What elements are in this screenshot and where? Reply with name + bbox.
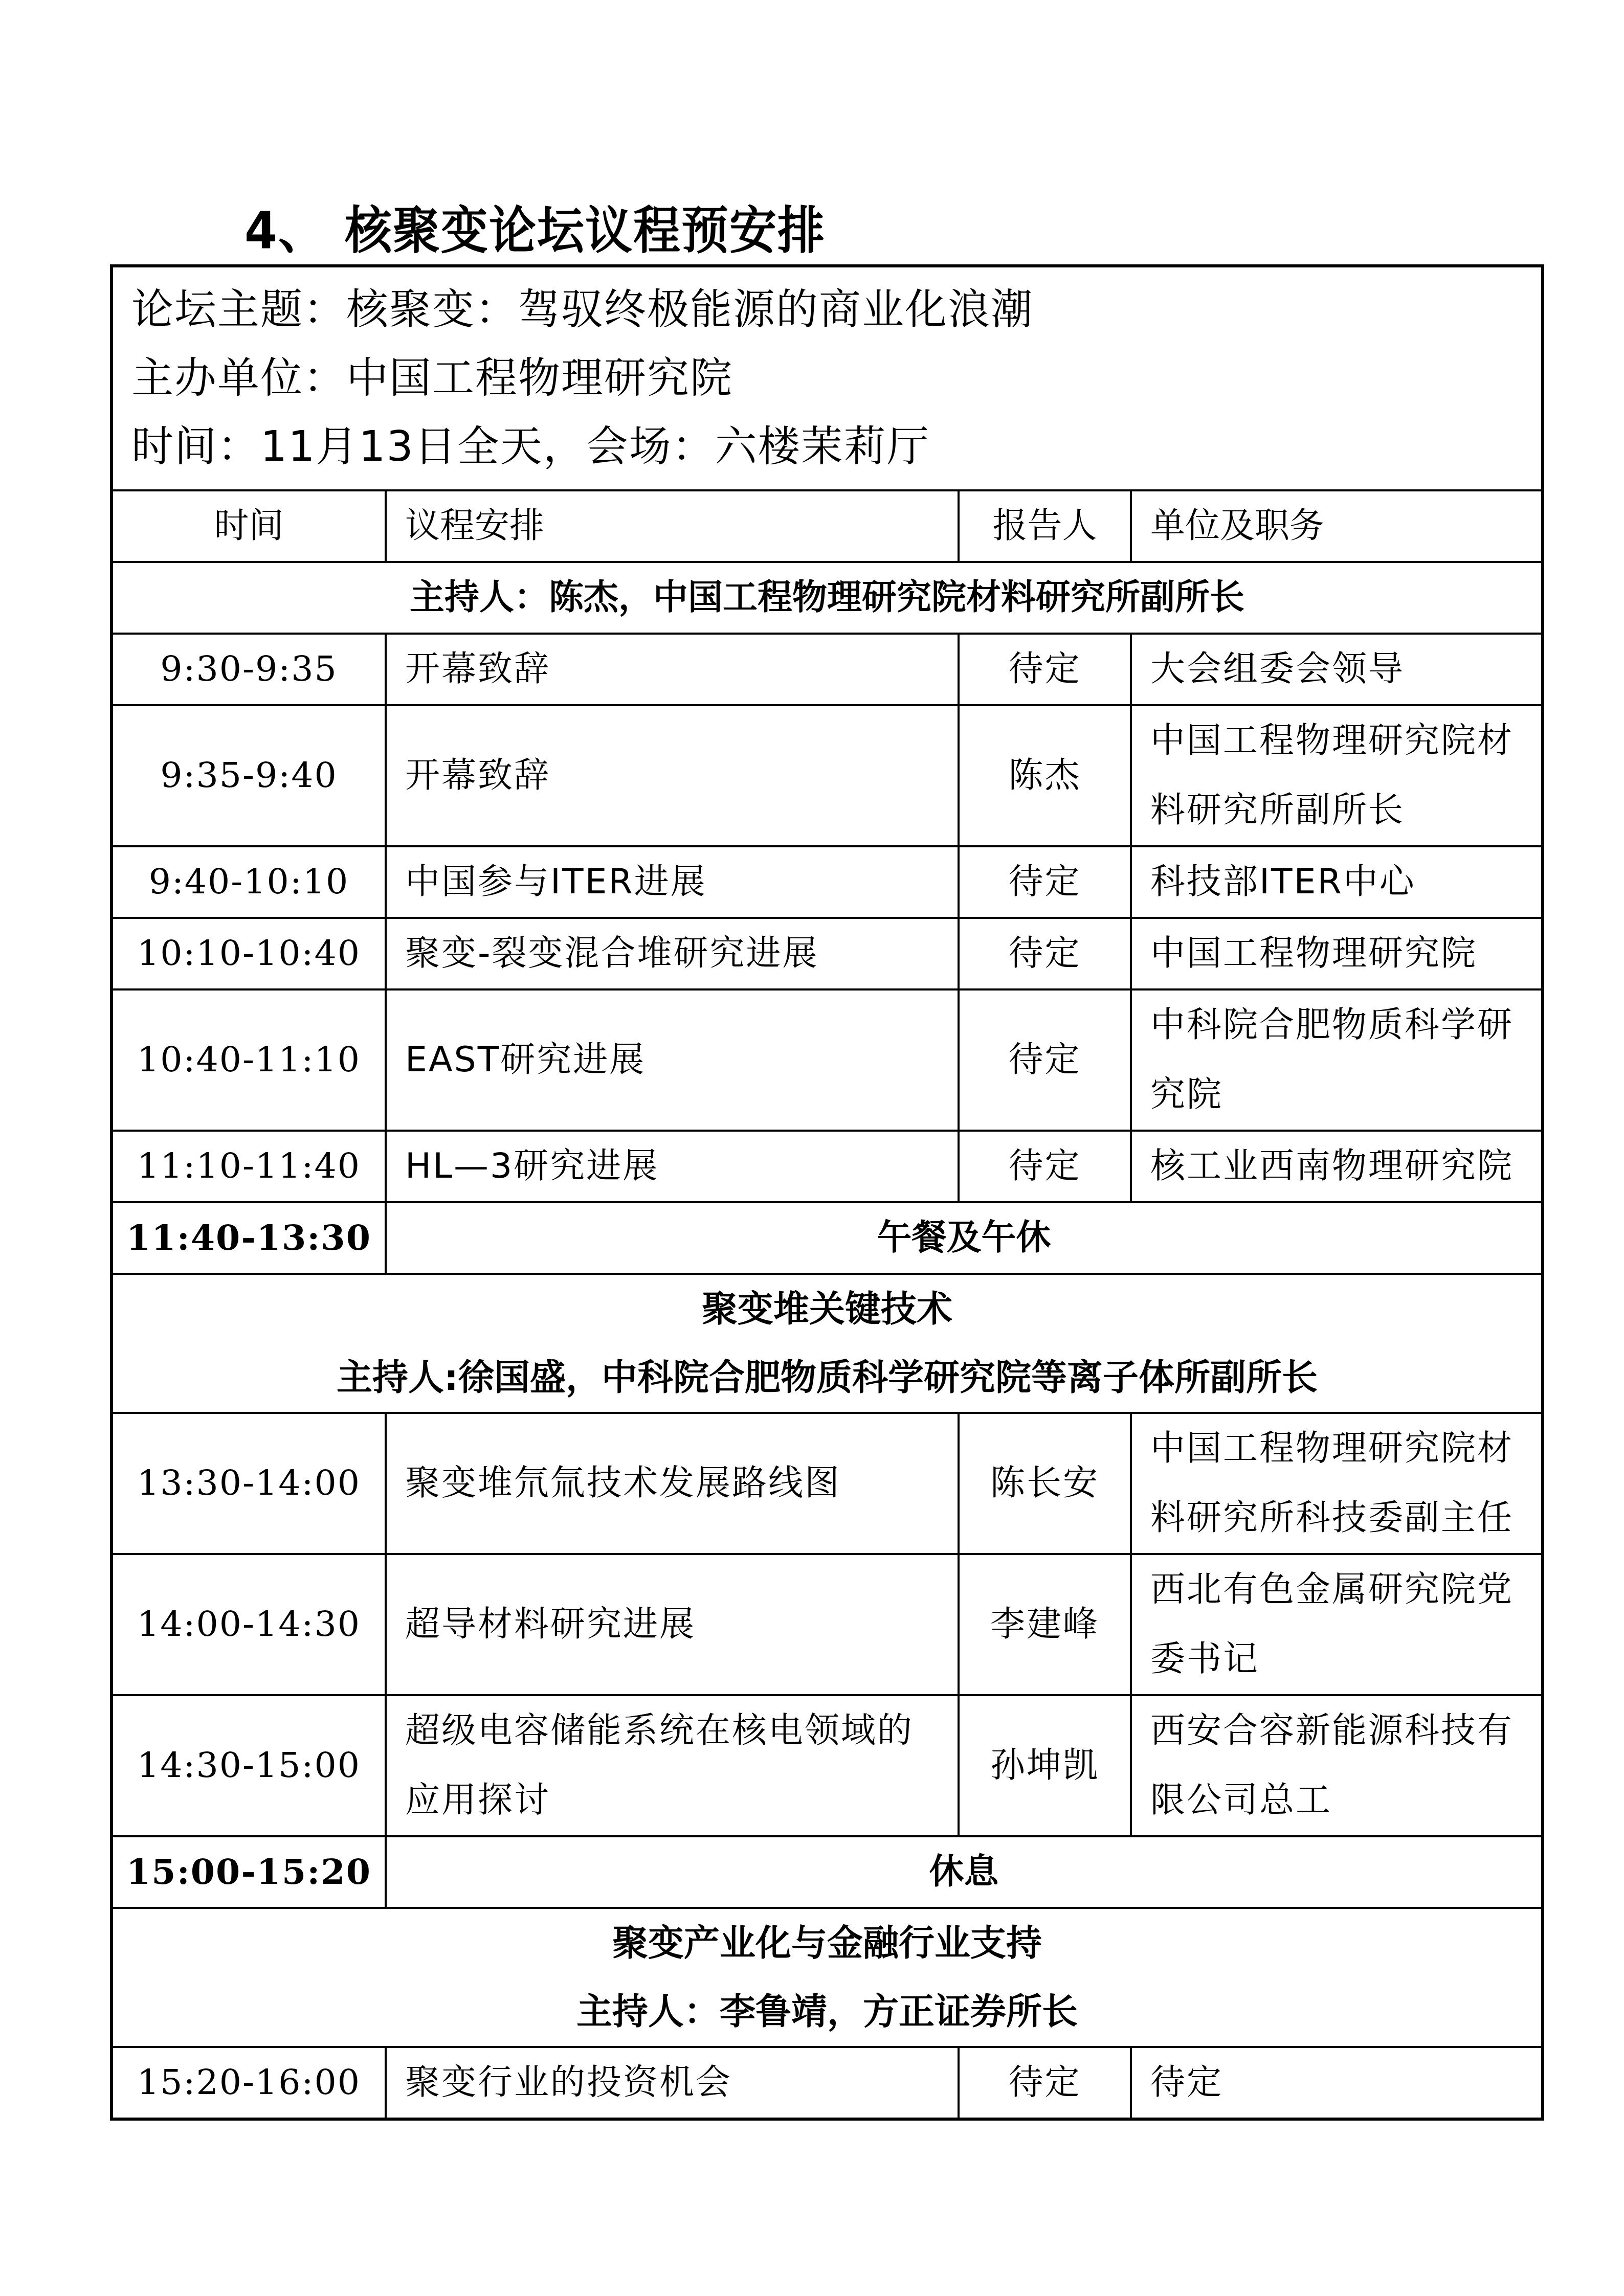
row-affiliation: 中科院合肥物质科学研究院 [1131,989,1543,1131]
forum-time-venue: 时间：11月13日全天，会场：六楼茉莉厅 [131,413,1541,481]
row-time: 9:30-9:35 [112,634,386,705]
row-time: 14:30-15:00 [112,1695,386,1836]
break-label: 休息 [386,1836,1543,1908]
row-affiliation: 待定 [1131,2047,1543,2119]
row-speaker: 待定 [959,2047,1131,2119]
row-speaker: 陈长安 [959,1413,1131,1554]
page-title: 4、核聚变论坛议程预安排 [244,198,826,264]
column-header-agenda: 议程安排 [386,490,959,562]
table-row: 9:30-9:35 开幕致辞 待定 大会组委会领导 [112,634,1543,705]
session-3-title: 聚变产业化与金融行业支持 [113,1909,1541,1977]
row-affiliation: 中国工程物理研究院材料研究所科技委副主任 [1131,1413,1543,1554]
row-affiliation: 大会组委会领导 [1131,634,1543,705]
break-row: 11:40-13:30 午餐及午休 [112,1202,1543,1274]
row-agenda: 超级电容储能系统在核电领域的应用探讨 [386,1695,959,1836]
row-time: 9:40-10:10 [112,846,386,918]
table-row: 9:40-10:10 中国参与ITER进展 待定 科技部ITER中心 [112,846,1543,918]
row-time: 9:35-9:40 [112,705,386,846]
row-speaker: 待定 [959,918,1131,989]
row-speaker: 李建峰 [959,1554,1131,1695]
row-agenda: 聚变行业的投资机会 [386,2047,959,2119]
session-host-row: 主持人：陈杰，中国工程物理研究院材料研究所副所长 [112,562,1543,634]
row-agenda: 聚变-裂变混合堆研究进展 [386,918,959,989]
row-agenda: 中国参与ITER进展 [386,846,959,918]
column-header-speaker: 报告人 [959,490,1131,562]
title-text: 核聚变论坛议程预安排 [345,201,826,261]
forum-organizer: 主办单位：中国工程物理研究院 [131,344,1541,413]
row-agenda: 开幕致辞 [386,705,959,846]
row-affiliation: 核工业西南物理研究院 [1131,1131,1543,1202]
row-speaker: 待定 [959,634,1131,705]
row-affiliation: 科技部ITER中心 [1131,846,1543,918]
session-header-row: 聚变堆关键技术 主持人:徐国盛，中科院合肥物质科学研究院等离子体所副所长 [112,1274,1543,1413]
row-time: 13:30-14:00 [112,1413,386,1554]
row-time: 15:20-16:00 [112,2047,386,2119]
row-time: 11:10-11:40 [112,1131,386,1202]
row-agenda: 开幕致辞 [386,634,959,705]
info-row: 论坛主题：核聚变：驾驭终极能源的商业化浪潮 主办单位：中国工程物理研究院 时间：… [112,266,1543,490]
session-1-host: 主持人：陈杰，中国工程物理研究院材料研究所副所长 [112,562,1543,634]
row-speaker: 待定 [959,846,1131,918]
session-3-header: 聚变产业化与金融行业支持 主持人：李鲁靖，方正证券所长 [112,1908,1543,2047]
table-row: 10:10-10:40 聚变-裂变混合堆研究进展 待定 中国工程物理研究院 [112,918,1543,989]
session-2-header: 聚变堆关键技术 主持人:徐国盛，中科院合肥物质科学研究院等离子体所副所长 [112,1274,1543,1413]
break-time: 15:00-15:20 [112,1836,386,1908]
row-affiliation: 西安合容新能源科技有限公司总工 [1131,1695,1543,1836]
session-3-host: 主持人：李鲁靖，方正证券所长 [113,1977,1541,2046]
row-time: 10:10-10:40 [112,918,386,989]
row-agenda: 超导材料研究进展 [386,1554,959,1695]
forum-theme: 论坛主题：核聚变：驾驭终极能源的商业化浪潮 [131,276,1541,344]
session-header-row: 聚变产业化与金融行业支持 主持人：李鲁靖，方正证券所长 [112,1908,1543,2047]
section-number: 4、 [244,198,345,264]
table-row: 10:40-11:10 EAST研究进展 待定 中科院合肥物质科学研究院 [112,989,1543,1131]
row-agenda: HL—3研究进展 [386,1131,959,1202]
row-affiliation: 中国工程物理研究院材料研究所副所长 [1131,705,1543,846]
row-speaker: 待定 [959,989,1131,1131]
table-row: 14:00-14:30 超导材料研究进展 李建峰 西北有色金属研究院党委书记 [112,1554,1543,1695]
column-header-time: 时间 [112,490,386,562]
row-agenda: EAST研究进展 [386,989,959,1131]
row-time: 10:40-11:10 [112,989,386,1131]
row-speaker: 待定 [959,1131,1131,1202]
table-row: 13:30-14:00 聚变堆氘氚技术发展路线图 陈长安 中国工程物理研究院材料… [112,1413,1543,1554]
agenda-table: 论坛主题：核聚变：驾驭终极能源的商业化浪潮 主办单位：中国工程物理研究院 时间：… [110,264,1544,2121]
session-2-title: 聚变堆关键技术 [113,1275,1541,1343]
column-header-affiliation: 单位及职务 [1131,490,1543,562]
table-row: 15:20-16:00 聚变行业的投资机会 待定 待定 [112,2047,1543,2119]
table-row: 11:10-11:40 HL—3研究进展 待定 核工业西南物理研究院 [112,1131,1543,1202]
break-time: 11:40-13:30 [112,1202,386,1274]
session-2-host: 主持人:徐国盛，中科院合肥物质科学研究院等离子体所副所长 [113,1343,1541,1412]
break-row: 15:00-15:20 休息 [112,1836,1543,1908]
row-agenda: 聚变堆氘氚技术发展路线图 [386,1413,959,1554]
forum-info: 论坛主题：核聚变：驾驭终极能源的商业化浪潮 主办单位：中国工程物理研究院 时间：… [112,266,1543,490]
row-speaker: 孙坤凯 [959,1695,1131,1836]
break-label: 午餐及午休 [386,1202,1543,1274]
row-affiliation: 西北有色金属研究院党委书记 [1131,1554,1543,1695]
row-speaker: 陈杰 [959,705,1131,846]
row-affiliation: 中国工程物理研究院 [1131,918,1543,989]
table-row: 14:30-15:00 超级电容储能系统在核电领域的应用探讨 孙坤凯 西安合容新… [112,1695,1543,1836]
table-row: 9:35-9:40 开幕致辞 陈杰 中国工程物理研究院材料研究所副所长 [112,705,1543,846]
row-time: 14:00-14:30 [112,1554,386,1695]
header-row: 时间 议程安排 报告人 单位及职务 [112,490,1543,562]
